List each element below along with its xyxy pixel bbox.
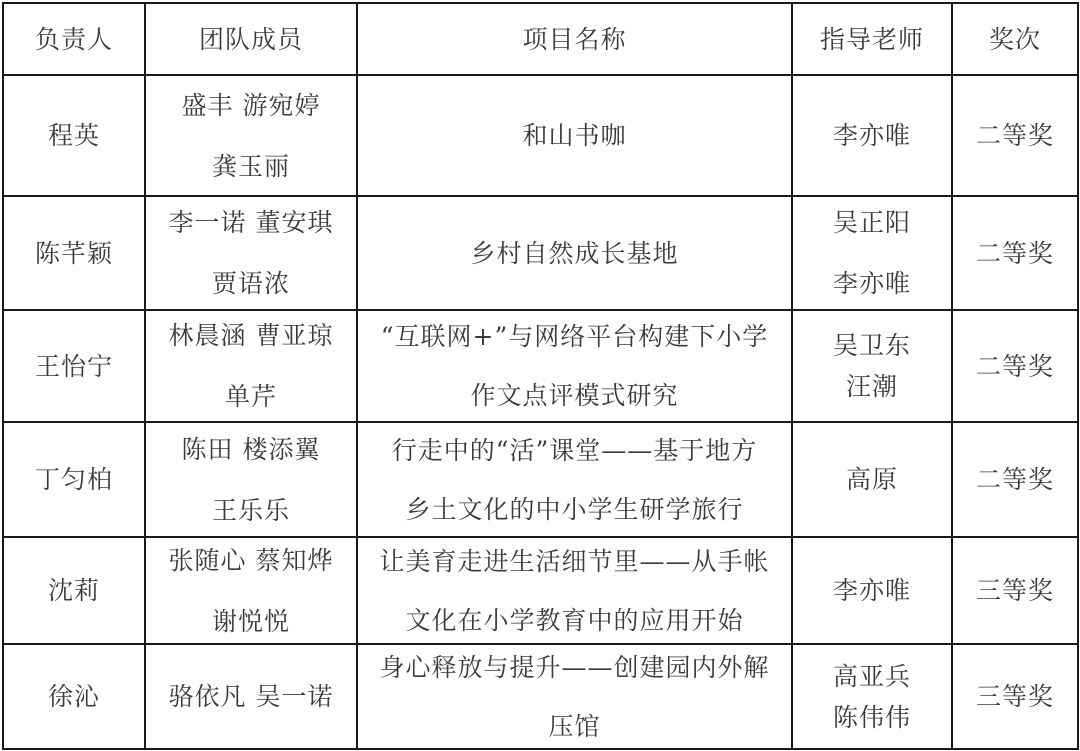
project-line: “互联网+”与网络平台构建下小学 [362, 324, 787, 349]
members-line: 谢悦悦 [150, 609, 352, 634]
advisor-line: 吴正阳 [797, 210, 947, 235]
advisor-line: 李亦唯 [797, 123, 947, 148]
project-line: 让美育走进生活细节里——从手帐 [362, 549, 787, 574]
advisor-line: 陈伟伟 [797, 705, 947, 730]
project-line: 和山书咖 [362, 123, 787, 148]
project-cell: “互联网+”与网络平台构建下小学 作文点评模式研究 [357, 310, 792, 422]
award-cell: 二等奖 [952, 310, 1078, 422]
advisor-line: 高亚兵 [797, 664, 947, 689]
awards-table: 负责人 团队成员 项目名称 指导老师 奖次 程英 盛丰 游宛婷 龚玉丽 和山书咖… [2, 2, 1079, 750]
advisor-cell: 吴正阳 李亦唯 [792, 196, 952, 310]
header-project: 项目名称 [357, 3, 792, 75]
project-line: 乡村自然成长基地 [362, 241, 787, 266]
advisor-cell: 高亚兵 陈伟伟 [792, 644, 952, 749]
project-cell: 乡村自然成长基地 [357, 196, 792, 310]
advisor-line: 高原 [797, 467, 947, 492]
advisor-line: 汪潮 [797, 374, 947, 399]
project-cell: 让美育走进生活细节里——从手帐 文化在小学教育中的应用开始 [357, 537, 792, 644]
award-cell: 二等奖 [952, 422, 1078, 537]
table-row: 王怡宁 林晨涵 曹亚琼 单芹 “互联网+”与网络平台构建下小学 作文点评模式研究… [3, 310, 1078, 422]
award-cell: 二等奖 [952, 75, 1078, 196]
award-cell: 二等奖 [952, 196, 1078, 310]
project-cell: 身心释放与提升——创建园内外解 压馆 [357, 644, 792, 749]
members-line: 骆依凡 吴一诺 [150, 684, 352, 709]
project-line: 行走中的“活”课堂——基于地方 [362, 438, 787, 463]
members-cell: 盛丰 游宛婷 龚玉丽 [145, 75, 357, 196]
award-cell: 三等奖 [952, 537, 1078, 644]
project-line: 压馆 [362, 714, 787, 739]
project-line: 作文点评模式研究 [362, 383, 787, 408]
members-cell: 林晨涵 曹亚琼 单芹 [145, 310, 357, 422]
header-members: 团队成员 [145, 3, 357, 75]
project-line: 文化在小学教育中的应用开始 [362, 608, 787, 633]
table-row: 程英 盛丰 游宛婷 龚玉丽 和山书咖 李亦唯 二等奖 [3, 75, 1078, 196]
project-line: 身心释放与提升——创建园内外解 [362, 655, 787, 680]
members-line: 盛丰 游宛婷 [150, 93, 352, 118]
project-cell: 和山书咖 [357, 75, 792, 196]
members-line: 王乐乐 [150, 498, 352, 523]
advisor-cell: 李亦唯 [792, 75, 952, 196]
members-line: 陈田 楼添翼 [150, 437, 352, 462]
advisor-line: 李亦唯 [797, 578, 947, 603]
members-cell: 李一诺 董安琪 贾语浓 [145, 196, 357, 310]
leader-cell: 王怡宁 [3, 310, 145, 422]
members-line: 龚玉丽 [150, 154, 352, 179]
header-award: 奖次 [952, 3, 1078, 75]
leader-cell: 陈芊颖 [3, 196, 145, 310]
members-line: 贾语浓 [150, 271, 352, 296]
header-leader: 负责人 [3, 3, 145, 75]
table-row: 沈莉 张随心 蔡知烨 谢悦悦 让美育走进生活细节里——从手帐 文化在小学教育中的… [3, 537, 1078, 644]
project-line: 乡土文化的中小学生研学旅行 [362, 497, 787, 522]
project-cell: 行走中的“活”课堂——基于地方 乡土文化的中小学生研学旅行 [357, 422, 792, 537]
advisor-cell: 吴卫东 汪潮 [792, 310, 952, 422]
members-line: 张随心 蔡知烨 [150, 548, 352, 573]
leader-cell: 徐沁 [3, 644, 145, 749]
members-line: 单芹 [150, 384, 352, 409]
table-row: 陈芊颖 李一诺 董安琪 贾语浓 乡村自然成长基地 吴正阳 李亦唯 二等奖 [3, 196, 1078, 310]
members-line: 林晨涵 曹亚琼 [150, 323, 352, 348]
members-line: 李一诺 董安琪 [150, 210, 352, 235]
members-cell: 张随心 蔡知烨 谢悦悦 [145, 537, 357, 644]
leader-cell: 丁匀柏 [3, 422, 145, 537]
table-header-row: 负责人 团队成员 项目名称 指导老师 奖次 [3, 3, 1078, 75]
award-cell: 三等奖 [952, 644, 1078, 749]
table-row: 徐沁 骆依凡 吴一诺 身心释放与提升——创建园内外解 压馆 高亚兵 陈伟伟 三等… [3, 644, 1078, 749]
advisor-cell: 高原 [792, 422, 952, 537]
advisor-line: 吴卫东 [797, 333, 947, 358]
advisor-cell: 李亦唯 [792, 537, 952, 644]
members-cell: 陈田 楼添翼 王乐乐 [145, 422, 357, 537]
leader-cell: 程英 [3, 75, 145, 196]
members-cell: 骆依凡 吴一诺 [145, 644, 357, 749]
header-advisor: 指导老师 [792, 3, 952, 75]
advisor-line: 李亦唯 [797, 271, 947, 296]
leader-cell: 沈莉 [3, 537, 145, 644]
table-row: 丁匀柏 陈田 楼添翼 王乐乐 行走中的“活”课堂——基于地方 乡土文化的中小学生… [3, 422, 1078, 537]
